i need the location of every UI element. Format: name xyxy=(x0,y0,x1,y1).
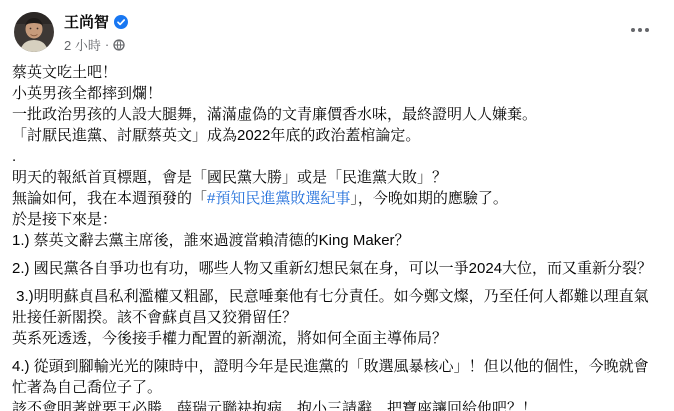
post-text-line: 3.)明明蘇貞昌私利濫權又粗鄙，民意唾棄他有七分責任。如今鄭文燦，乃至任何人都難… xyxy=(12,286,662,328)
post-text-line: 小英男孩全都摔到爛！ xyxy=(12,83,662,104)
avatar-photo xyxy=(14,12,54,52)
post-text-line: 英系死透透，今後接手權力配置的新潮流，將如何全面主導佈局？ xyxy=(12,328,662,349)
post-text-line: . xyxy=(12,146,662,167)
post-paragraph: 4.) 從頭到腳輸光光的陳時中，證明今年是民進黨的「敗選風暴核心」！但以他的個性… xyxy=(12,356,662,411)
verified-badge-icon xyxy=(114,15,128,29)
post-paragraph: 3.)明明蘇貞昌私利濫權又粗鄙，民意唾棄他有七分責任。如今鄭文燦，乃至任何人都難… xyxy=(12,286,662,349)
timestamp[interactable]: 2 小時 xyxy=(64,35,101,54)
post-text-line: 明天的報紙首頁標題，會是「國民黨大勝」或是「民進黨大敗」？ xyxy=(12,167,662,188)
globe-icon xyxy=(113,39,125,51)
hashtag-line-prefix: 無論如何，我在本週預發的「 xyxy=(12,190,207,207)
post-text-line: 4.) 從頭到腳輸光光的陳時中，證明今年是民進黨的「敗選風暴核心」！但以他的個性… xyxy=(12,356,662,398)
post-text-line: 於是接下來是： xyxy=(12,209,662,230)
post-paragraph: 蔡英文吃土吧！ 小英男孩全都摔到爛！ 一批政治男孩的人設大腿舞，滿滿虛偽的文青廉… xyxy=(12,62,662,251)
post-header: 王尚智 2 小時 · xyxy=(0,0,674,60)
post-text-line: 2.) 國民黨各自爭功也有功，哪些人物又重新幻想民氣在身，可以一爭2024大位，… xyxy=(12,258,662,279)
avatar[interactable] xyxy=(14,12,54,52)
post-meta: 王尚智 2 小時 · xyxy=(64,12,658,54)
ellipsis-icon xyxy=(630,27,650,33)
post-text-line: 1.) 蔡英文辭去黨主席後，誰來過渡當賴清德的King Maker？ xyxy=(12,230,662,251)
author-name[interactable]: 王尚智 xyxy=(64,11,109,32)
more-options-button[interactable] xyxy=(624,18,656,42)
post-text-line: 「討厭民進黨、討厭蔡英文」成為2022年底的政治蓋棺論定。 xyxy=(12,125,662,146)
post-text-line: 該不會明著就要王必勝、薛瑞元聯袂抱病、抱小三請辭，把寶座讓回給他吧？！ xyxy=(12,398,662,411)
dot-separator: · xyxy=(105,37,109,52)
post-text-line: 一批政治男孩的人設大腿舞，滿滿虛偽的文青廉價香水味，最終證明人人嫌棄。 xyxy=(12,104,662,125)
post-text-line-with-hashtag: 無論如何，我在本週預發的「#預知民進黨敗選紀事」，今晚如期的應驗了。 xyxy=(12,188,662,209)
facebook-post-card: 王尚智 2 小時 · xyxy=(0,0,674,411)
hashtag-line-suffix: 」，今晚如期的應驗了。 xyxy=(350,190,508,207)
hashtag-link[interactable]: #預知民進黨敗選紀事 xyxy=(207,190,350,207)
post-paragraph: 2.) 國民黨各自爭功也有功，哪些人物又重新幻想民氣在身，可以一爭2024大位，… xyxy=(12,258,662,279)
post-body: 蔡英文吃土吧！ 小英男孩全都摔到爛！ 一批政治男孩的人設大腿舞，滿滿虛偽的文青廉… xyxy=(0,60,674,411)
post-text-line: 蔡英文吃土吧！ xyxy=(12,62,662,83)
